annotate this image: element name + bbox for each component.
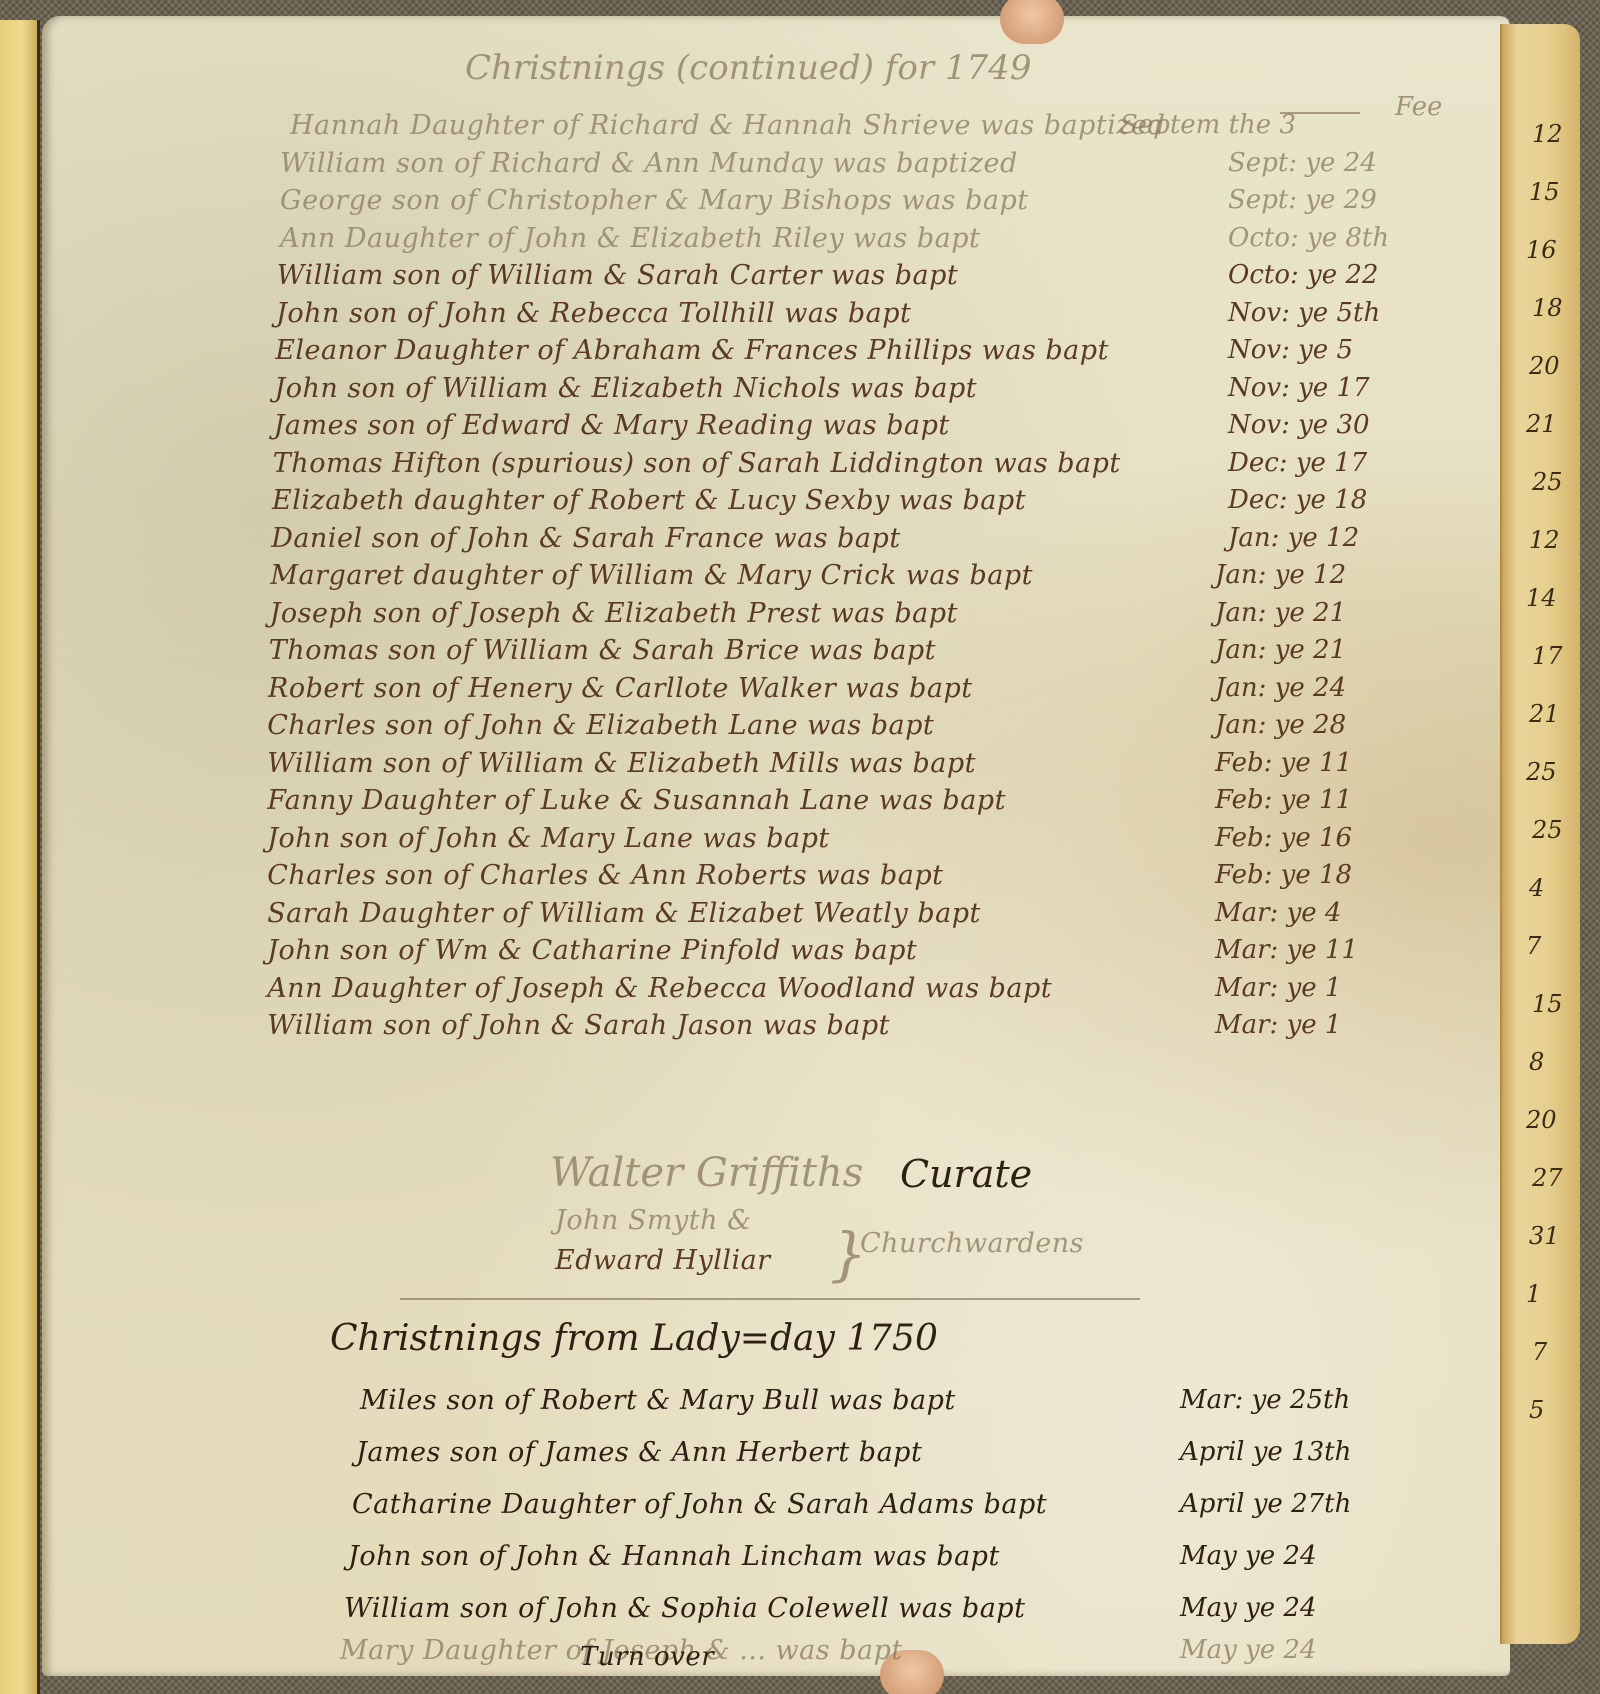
register-entry-date: April ye 13th xyxy=(1180,1437,1351,1467)
register-entry-date: Jan: ye 12 xyxy=(1228,523,1359,553)
register-entry-text: James son of Edward & Mary Reading was b… xyxy=(274,410,950,441)
register-entry-date: May ye 24 xyxy=(1180,1541,1317,1571)
register-entry-date: Jan: ye 28 xyxy=(1215,710,1346,740)
register-entry-date: Jan: ye 21 xyxy=(1215,598,1346,628)
fore-edge-number: 15 xyxy=(1532,990,1563,1018)
register-entry-text: John son of John & Hannah Lincham was ba… xyxy=(348,1541,1000,1572)
register-entry-text: George son of Christopher & Mary Bishops… xyxy=(280,185,1029,216)
fore-edge-number: 25 xyxy=(1526,758,1557,786)
curate-title: Curate xyxy=(900,1152,1032,1196)
fore-edge-number: 20 xyxy=(1529,352,1560,380)
register-entry-text: William son of William & Elizabeth Mills… xyxy=(267,748,976,779)
register-entry-text: John son of John & Rebecca Tollhill was … xyxy=(276,298,911,329)
register-entry-date: Feb: ye 18 xyxy=(1215,860,1352,890)
holding-finger-top xyxy=(1000,0,1064,44)
register-entry-date: Jan: ye 12 xyxy=(1215,560,1346,590)
section-divider xyxy=(400,1298,1140,1300)
fore-edge-number: 27 xyxy=(1532,1164,1563,1192)
fore-edge-number: 20 xyxy=(1526,1106,1557,1134)
register-entry-text: Thomas son of William & Sarah Brice was … xyxy=(269,635,936,666)
register-entry-text: John son of John & Mary Lane was bapt xyxy=(267,823,830,854)
fore-edge-number: 16 xyxy=(1526,236,1557,264)
register-entry-text: James son of James & Ann Herbert bapt xyxy=(356,1437,922,1468)
register-entry-text: Ann Daughter of Joseph & Rebecca Woodlan… xyxy=(267,973,1052,1004)
fore-edge-number: 15 xyxy=(1529,178,1560,206)
register-entry-text: Margaret daughter of William & Mary Cric… xyxy=(270,560,1033,591)
register-entry-text: Miles son of Robert & Mary Bull was bapt xyxy=(360,1385,956,1416)
register-entry-text: Daniel son of John & Sarah France was ba… xyxy=(271,523,900,554)
register-entry-text: John son of William & Elizabeth Nichols … xyxy=(274,373,977,404)
register-entry-text: Eleanor Daughter of Abraham & Frances Ph… xyxy=(275,335,1109,366)
register-entry-date: Mar: ye 1 xyxy=(1215,1010,1341,1040)
register-entry-text: Charles son of John & Elizabeth Lane was… xyxy=(267,710,934,741)
fore-edge-number: 5 xyxy=(1529,1396,1544,1424)
register-entry-date: Septem the 3 xyxy=(1120,110,1296,140)
margin-note: Fee xyxy=(1395,92,1442,122)
register-entry-text: Charles son of Charles & Ann Roberts was… xyxy=(267,860,943,891)
register-entry-date: Jan: ye 24 xyxy=(1215,673,1346,703)
register-entry-text: Catharine Daughter of John & Sarah Adams… xyxy=(352,1489,1047,1520)
register-entry-date: Nov: ye 30 xyxy=(1228,410,1370,440)
curate-signature: Walter Griffiths xyxy=(550,1150,863,1196)
register-entry-text: William son of Richard & Ann Munday was … xyxy=(280,148,1018,179)
register-entry-text: Thomas Hifton (spurious) son of Sarah Li… xyxy=(273,448,1121,479)
fore-edge-number: 12 xyxy=(1532,120,1563,148)
left-page-edge xyxy=(0,20,40,1694)
register-entry-date: Feb: ye 16 xyxy=(1215,823,1352,853)
fore-edge-number: 25 xyxy=(1532,468,1563,496)
register-entry-text: Robert son of Henery & Carllote Walker w… xyxy=(268,673,973,704)
register-entry-date: May ye 24 xyxy=(1180,1593,1317,1623)
register-entry-date: Nov: ye 5 xyxy=(1228,335,1353,365)
register-entry-date: May ye 24 xyxy=(1180,1635,1317,1665)
register-entry-date: April ye 27th xyxy=(1180,1489,1351,1519)
register-entry-text: William son of John & Sarah Jason was ba… xyxy=(267,1010,890,1041)
fore-edge-number: 1 xyxy=(1526,1280,1541,1308)
register-entry-text: Sarah Daughter of William & Elizabet Wea… xyxy=(267,898,981,929)
warden-1-signature: John Smyth & xyxy=(555,1205,752,1236)
fore-edge-number: 8 xyxy=(1529,1048,1544,1076)
fore-edge-number: 31 xyxy=(1529,1222,1560,1250)
register-entry-date: Nov: ye 17 xyxy=(1228,373,1370,403)
fore-edge-number: 18 xyxy=(1532,294,1563,322)
fore-edge-number: 7 xyxy=(1526,932,1541,960)
register-entry-text: Joseph son of Joseph & Elizabeth Prest w… xyxy=(270,598,958,629)
fore-edge-number: 21 xyxy=(1526,410,1557,438)
register-entry-date: Mar: ye 1 xyxy=(1215,973,1341,1003)
register-entry-date: Jan: ye 21 xyxy=(1215,635,1346,665)
register-entry-date: Octo: ye 22 xyxy=(1228,260,1378,290)
fore-edge-number: 12 xyxy=(1529,526,1560,554)
fore-edge-number: 14 xyxy=(1526,584,1557,612)
register-entry-text: Fanny Daughter of Luke & Susannah Lane w… xyxy=(267,785,1006,816)
register-entry-date: Dec: ye 18 xyxy=(1228,485,1367,515)
warden-2-signature: Edward Hylliar xyxy=(555,1245,771,1276)
register-entry-text: Elizabeth daughter of Robert & Lucy Sexb… xyxy=(272,485,1026,516)
register-entry-date: Sept: ye 29 xyxy=(1228,185,1377,215)
section2-heading: Christnings from Lady=day 1750 xyxy=(330,1318,938,1359)
fore-edge-number: 21 xyxy=(1529,700,1560,728)
register-entry-date: Mar: ye 4 xyxy=(1215,898,1341,928)
register-entry-date: Dec: ye 17 xyxy=(1228,448,1367,478)
register-entry-date: Mar: ye 25th xyxy=(1180,1385,1350,1415)
section1-heading: Christnings (continued) for 1749 xyxy=(465,48,1031,88)
register-entry-date: Sept: ye 24 xyxy=(1228,148,1377,178)
register-entry-text: Ann Daughter of John & Elizabeth Riley w… xyxy=(280,223,980,254)
register-entry-text: Hannah Daughter of Richard & Hannah Shri… xyxy=(290,110,1165,141)
register-entry-date: Feb: ye 11 xyxy=(1215,785,1352,815)
register-entry-text: William son of William & Sarah Carter wa… xyxy=(277,260,958,291)
wardens-title: Churchwardens xyxy=(860,1228,1084,1259)
fore-edge-number: 7 xyxy=(1532,1338,1547,1366)
fore-edge-number: 17 xyxy=(1532,642,1563,670)
register-entry-date: Nov: ye 5th xyxy=(1228,298,1380,328)
register-entry-text: John son of Wm & Catharine Pinfold was b… xyxy=(267,935,917,966)
turn-over-note: Turn over xyxy=(580,1642,714,1672)
register-entry-text: William son of John & Sophia Colewell wa… xyxy=(344,1593,1025,1624)
register-entry-date: Octo: ye 8th xyxy=(1228,223,1389,253)
fore-edge-number: 4 xyxy=(1529,874,1544,902)
register-entry-date: Feb: ye 11 xyxy=(1215,748,1352,778)
register-entry-date: Mar: ye 11 xyxy=(1215,935,1358,965)
fore-edge-number: 25 xyxy=(1532,816,1563,844)
